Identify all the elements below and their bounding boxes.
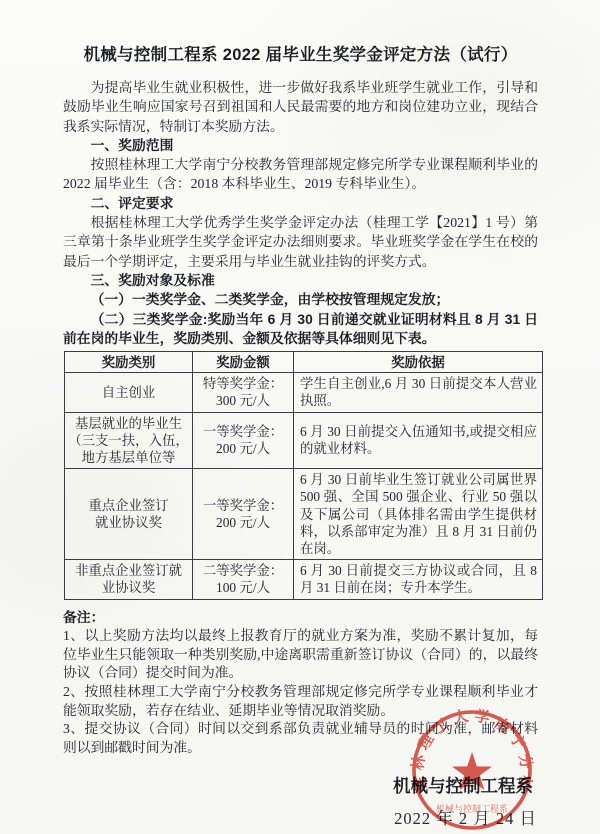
row2-amount: 一等奖学金： 200 元/人 (193, 412, 294, 469)
notes-label: 备注： (63, 609, 538, 628)
note-item-3: 3、提交协议（合同）时间以交到系部负责就业辅导员的时间为准，邮寄材料则以到邮戳时… (63, 720, 538, 757)
row3-basis: 6 月 30 日前毕业生签订就业公司属世界 500 强、全国 500 强企业、行… (294, 469, 543, 560)
section-2-body: 根据桂林理工大学优秀学生奖学金评定办法（桂理工学【2021】1 号）第三章第十条… (63, 213, 538, 271)
document-content: 机械与控制工程系 2022 届毕业生奖学金评定方法（试行） 为提高毕业生就业积极… (0, 0, 600, 829)
row3-amount: 一等奖学金： 200 元/人 (193, 469, 294, 560)
section-1-body: 按照桂林理工大学南宁分校教务管理部规定修完所学专业课程顺利毕业的 2022 届毕… (63, 155, 538, 194)
row2-basis: 6 月 30 日前提交入伍通知书,或提交相应的就业材料。 (294, 412, 543, 469)
row1-basis: 学生自主创业,6 月 30 日前提交本人营业执照。 (294, 373, 543, 412)
col-header-category: 奖励类别 (65, 352, 193, 373)
section-3-item-1: （一）一类奖学金、二类奖学金，由学校按管理规定发放； (63, 290, 538, 309)
note-item-1: 1、以上奖励方法均以最终上报教育厅的就业方案为准，奖励不累计复加，每位毕业生只能… (63, 627, 538, 683)
row1-category: 自主创业 (65, 373, 193, 412)
table-row: 非重点企业签订就 业协议奖 二等奖学金： 100 元/人 6 月 30 日前提交… (65, 560, 543, 599)
table-header-row: 奖励类别 奖励金额 奖励依据 (65, 352, 543, 373)
table-row: 重点企业签订 就业协议奖 一等奖学金： 200 元/人 6 月 30 日前毕业生… (65, 469, 543, 560)
section-3-heading: 三、奖励对象及标准 (63, 271, 538, 290)
col-header-basis: 奖励依据 (294, 352, 543, 373)
signature-block: 机械与控制工程系 2022 年 2 月 24 日 (63, 776, 538, 829)
signature-date: 2022 年 2 月 24 日 (63, 809, 538, 829)
table-row: 自主创业 特等奖学金： 300 元/人 学生自主创业,6 月 30 日前提交本人… (65, 373, 543, 412)
document-page: 机械与控制工程系 2022 届毕业生奖学金评定方法（试行） 为提高毕业生就业积极… (0, 0, 600, 834)
row2-category: 基层就业的毕业生 （三支一扶，入伍， 地方基层单位等 (65, 412, 193, 469)
row1-amount: 特等奖学金： 300 元/人 (193, 373, 294, 412)
row3-category: 重点企业签订 就业协议奖 (65, 469, 193, 560)
section-1-heading: 一、奖励范围 (63, 136, 538, 155)
page-title: 机械与控制工程系 2022 届毕业生奖学金评定方法（试行） (63, 44, 538, 66)
note-item-2: 2、按照桂林理工大学南宁分校教务管理部规定修完所学专业课程顺利毕业才能领取奖励，… (63, 683, 538, 720)
col-header-amount: 奖励金额 (193, 352, 294, 373)
row4-category: 非重点企业签订就 业协议奖 (65, 560, 193, 599)
section-3-item-2: （二）三类奖学金:奖励当年 6 月 30 日前递交就业证明材料且 8 月 31 … (63, 310, 538, 349)
reward-table: 奖励类别 奖励金额 奖励依据 自主创业 特等奖学金： 300 元/人 学生自主创… (64, 351, 543, 599)
table-row: 基层就业的毕业生 （三支一扶，入伍， 地方基层单位等 一等奖学金： 200 元/… (65, 412, 543, 469)
row4-basis: 6 月 30 日前提交三方协议或合同，且 8 月 31 日前在岗；专升本学生。 (294, 560, 543, 599)
signature-department: 机械与控制工程系 (63, 776, 538, 796)
intro-paragraph: 为提高毕业生就业积极性，进一步做好我系毕业班学生就业工作，引导和鼓励毕业生响应国… (63, 78, 538, 136)
section-2-heading: 二、评定要求 (63, 194, 538, 213)
row4-amount: 二等奖学金： 100 元/人 (193, 560, 294, 599)
